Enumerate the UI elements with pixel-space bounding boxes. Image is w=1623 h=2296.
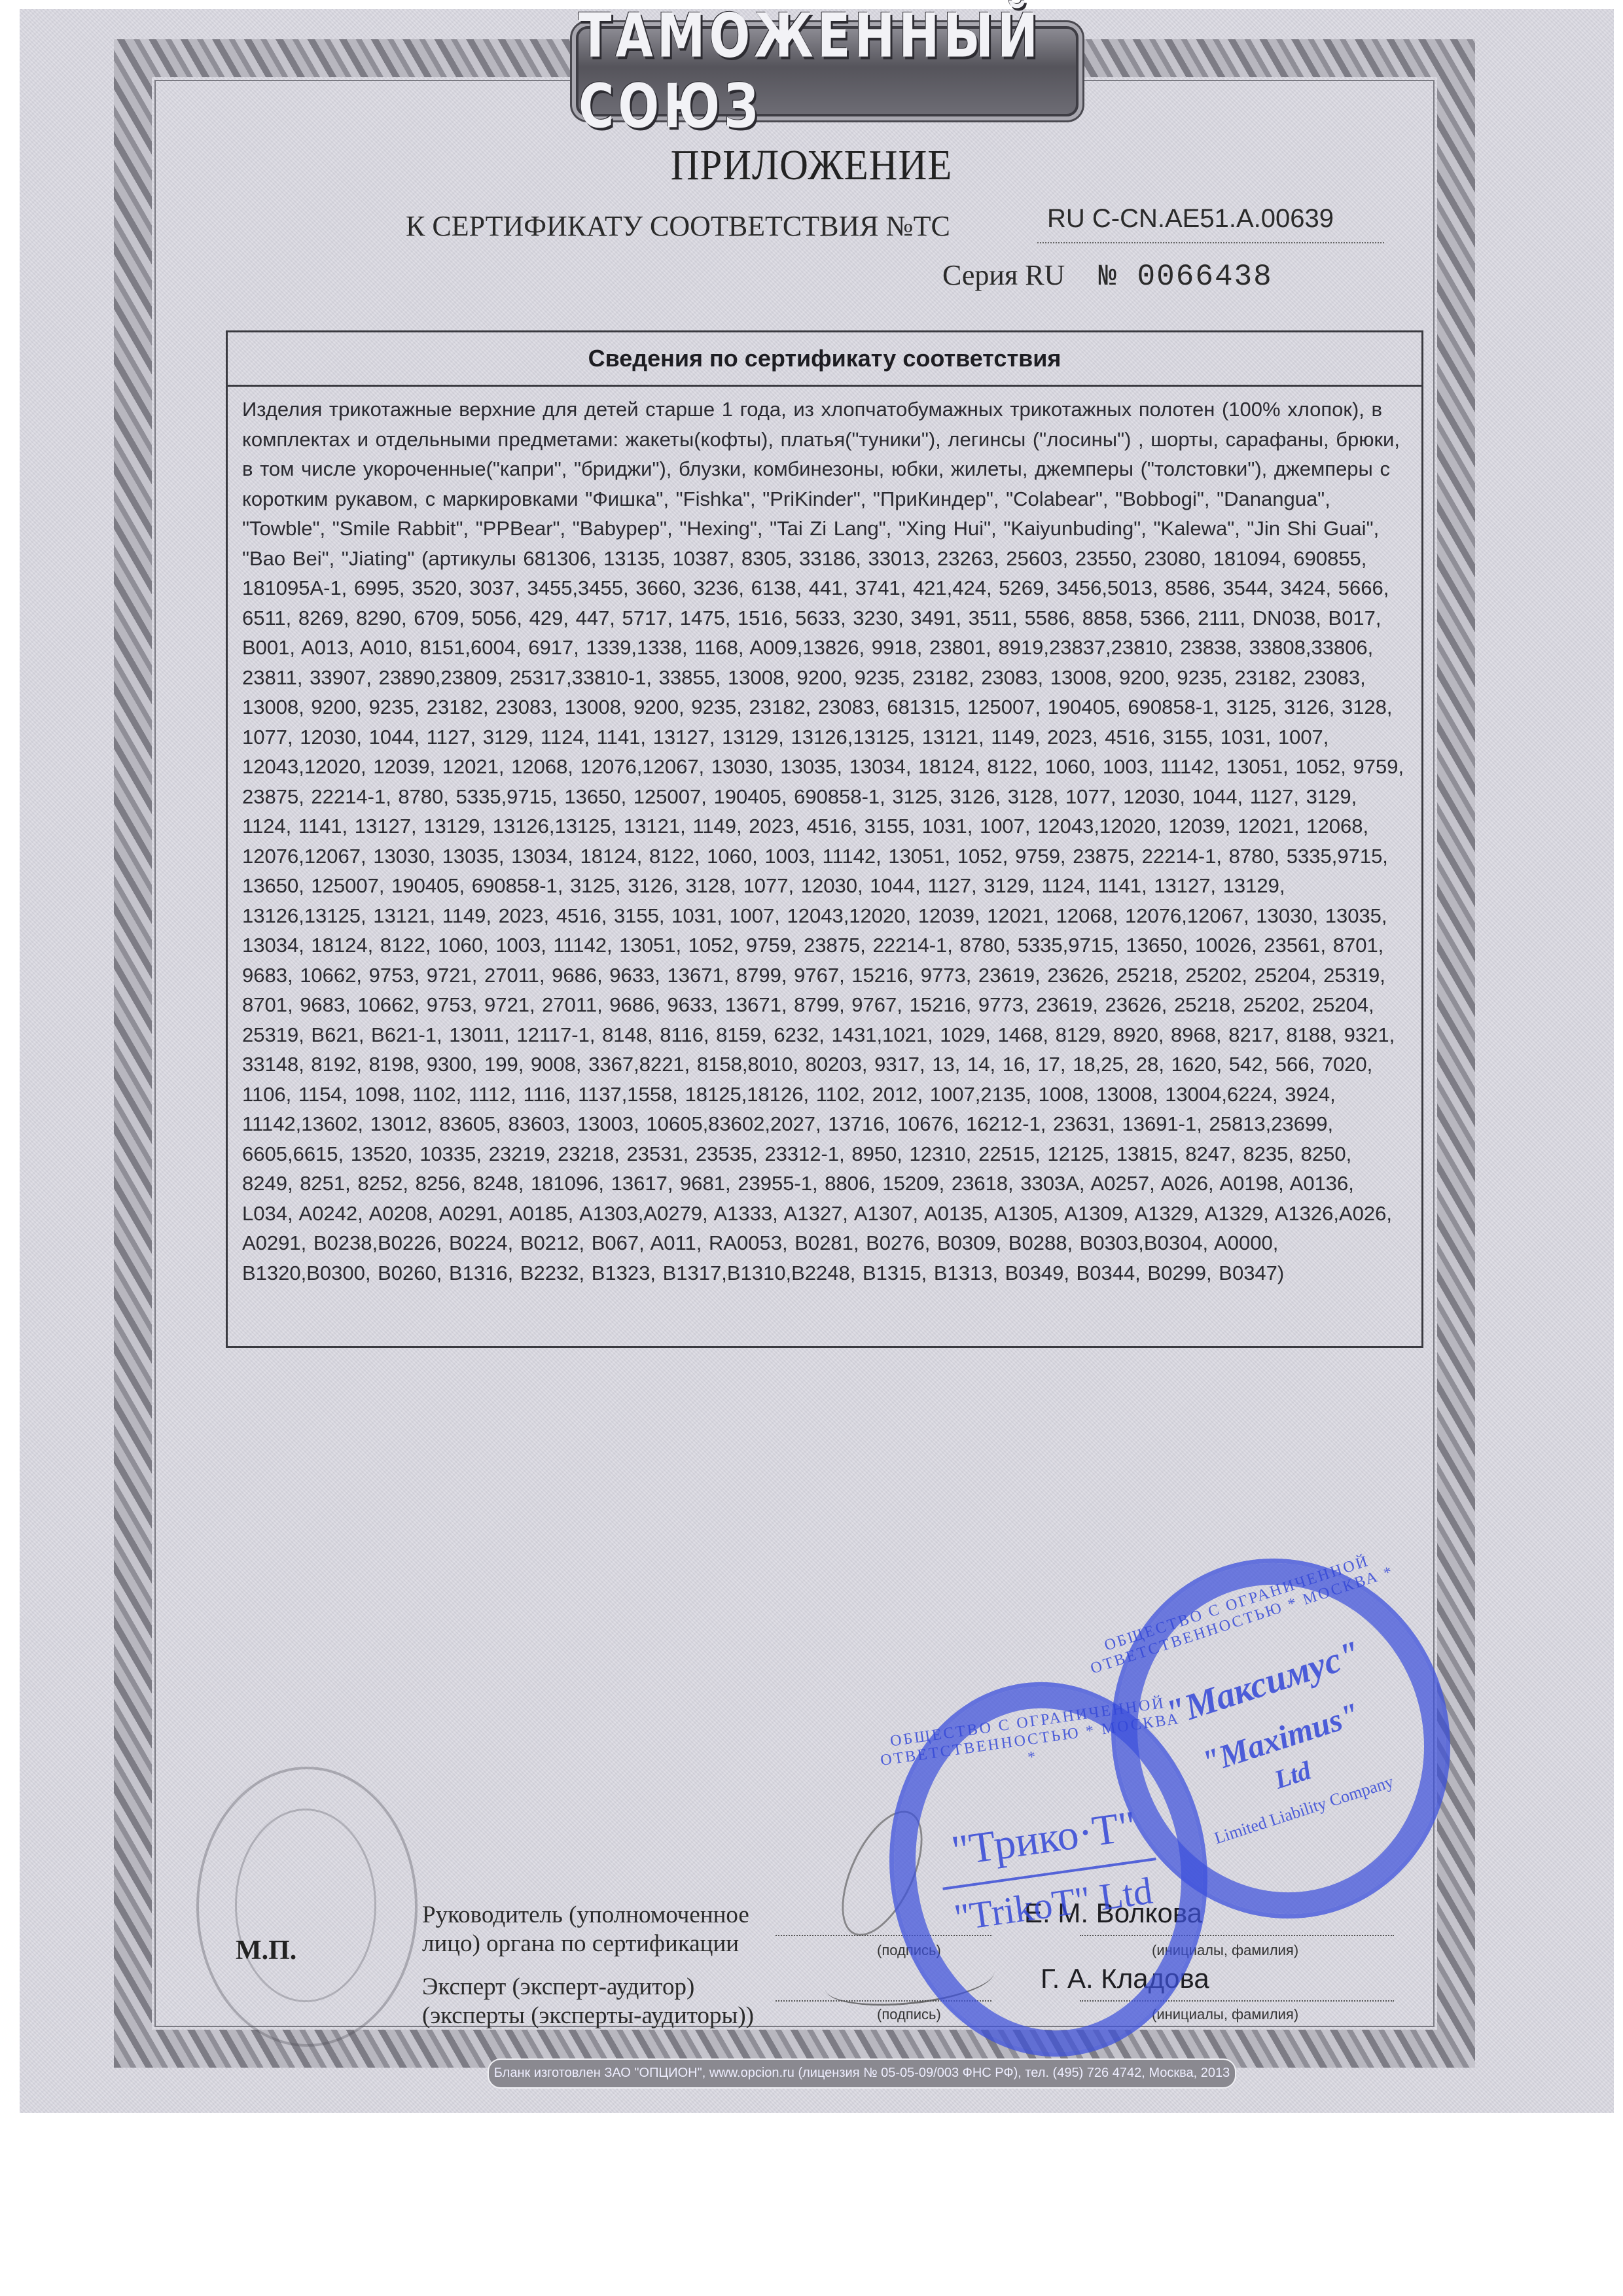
info-heading: Сведения по сертификату соответствия — [228, 332, 1421, 387]
seal-place-label: М.П. — [236, 1935, 296, 1966]
customs-union-banner: ТАМОЖЕННЫЙ СОЮЗ — [576, 26, 1079, 116]
certificate-number-underline — [1037, 242, 1384, 243]
faded-seal-stamp — [196, 1767, 418, 2047]
product-description: Изделия трикотажные верхние для детей ст… — [228, 387, 1421, 1288]
page-title: ПРИЛОЖЕНИЕ — [65, 141, 1558, 190]
head-label-line-1: Руководитель (уполномоченное — [422, 1901, 749, 1930]
series-line: Серия RU № 0066438 — [942, 258, 1273, 294]
banner-text: ТАМОЖЕННЫЙ СОЮЗ — [579, 1, 1076, 142]
head-label-line-2: лицо) органа по сертификации — [422, 1930, 749, 1958]
expert-label-line-1: Эксперт (эксперт-аудитор) — [422, 1973, 754, 2002]
expert-name-caption: (инициалы, фамилия) — [1152, 2006, 1298, 2023]
series-number: № 0066438 — [1098, 260, 1272, 294]
expert-label-line-2: (эксперты (эксперты-аудиторы)) — [422, 2002, 754, 2030]
certificate-info-box: Сведения по сертификату соответствия Изд… — [226, 330, 1423, 1348]
series-label: Серия RU — [942, 259, 1065, 291]
expert-label: Эксперт (эксперт-аудитор) (эксперты (экс… — [422, 1973, 754, 2030]
certificate-number: RU C-CN.AE51.A.00639 — [1047, 204, 1334, 234]
head-label: Руководитель (уполномоченное лицо) орган… — [422, 1901, 749, 1958]
expert-signature-caption: (подпись) — [877, 2006, 941, 2023]
certificate-prefix: К СЕРТИФИКАТУ СООТВЕТСТВИЯ №ТС — [406, 209, 950, 243]
form-printer-info: Бланк изготовлен ЗАО "ОПЦИОН", www.opcio… — [488, 2058, 1236, 2089]
